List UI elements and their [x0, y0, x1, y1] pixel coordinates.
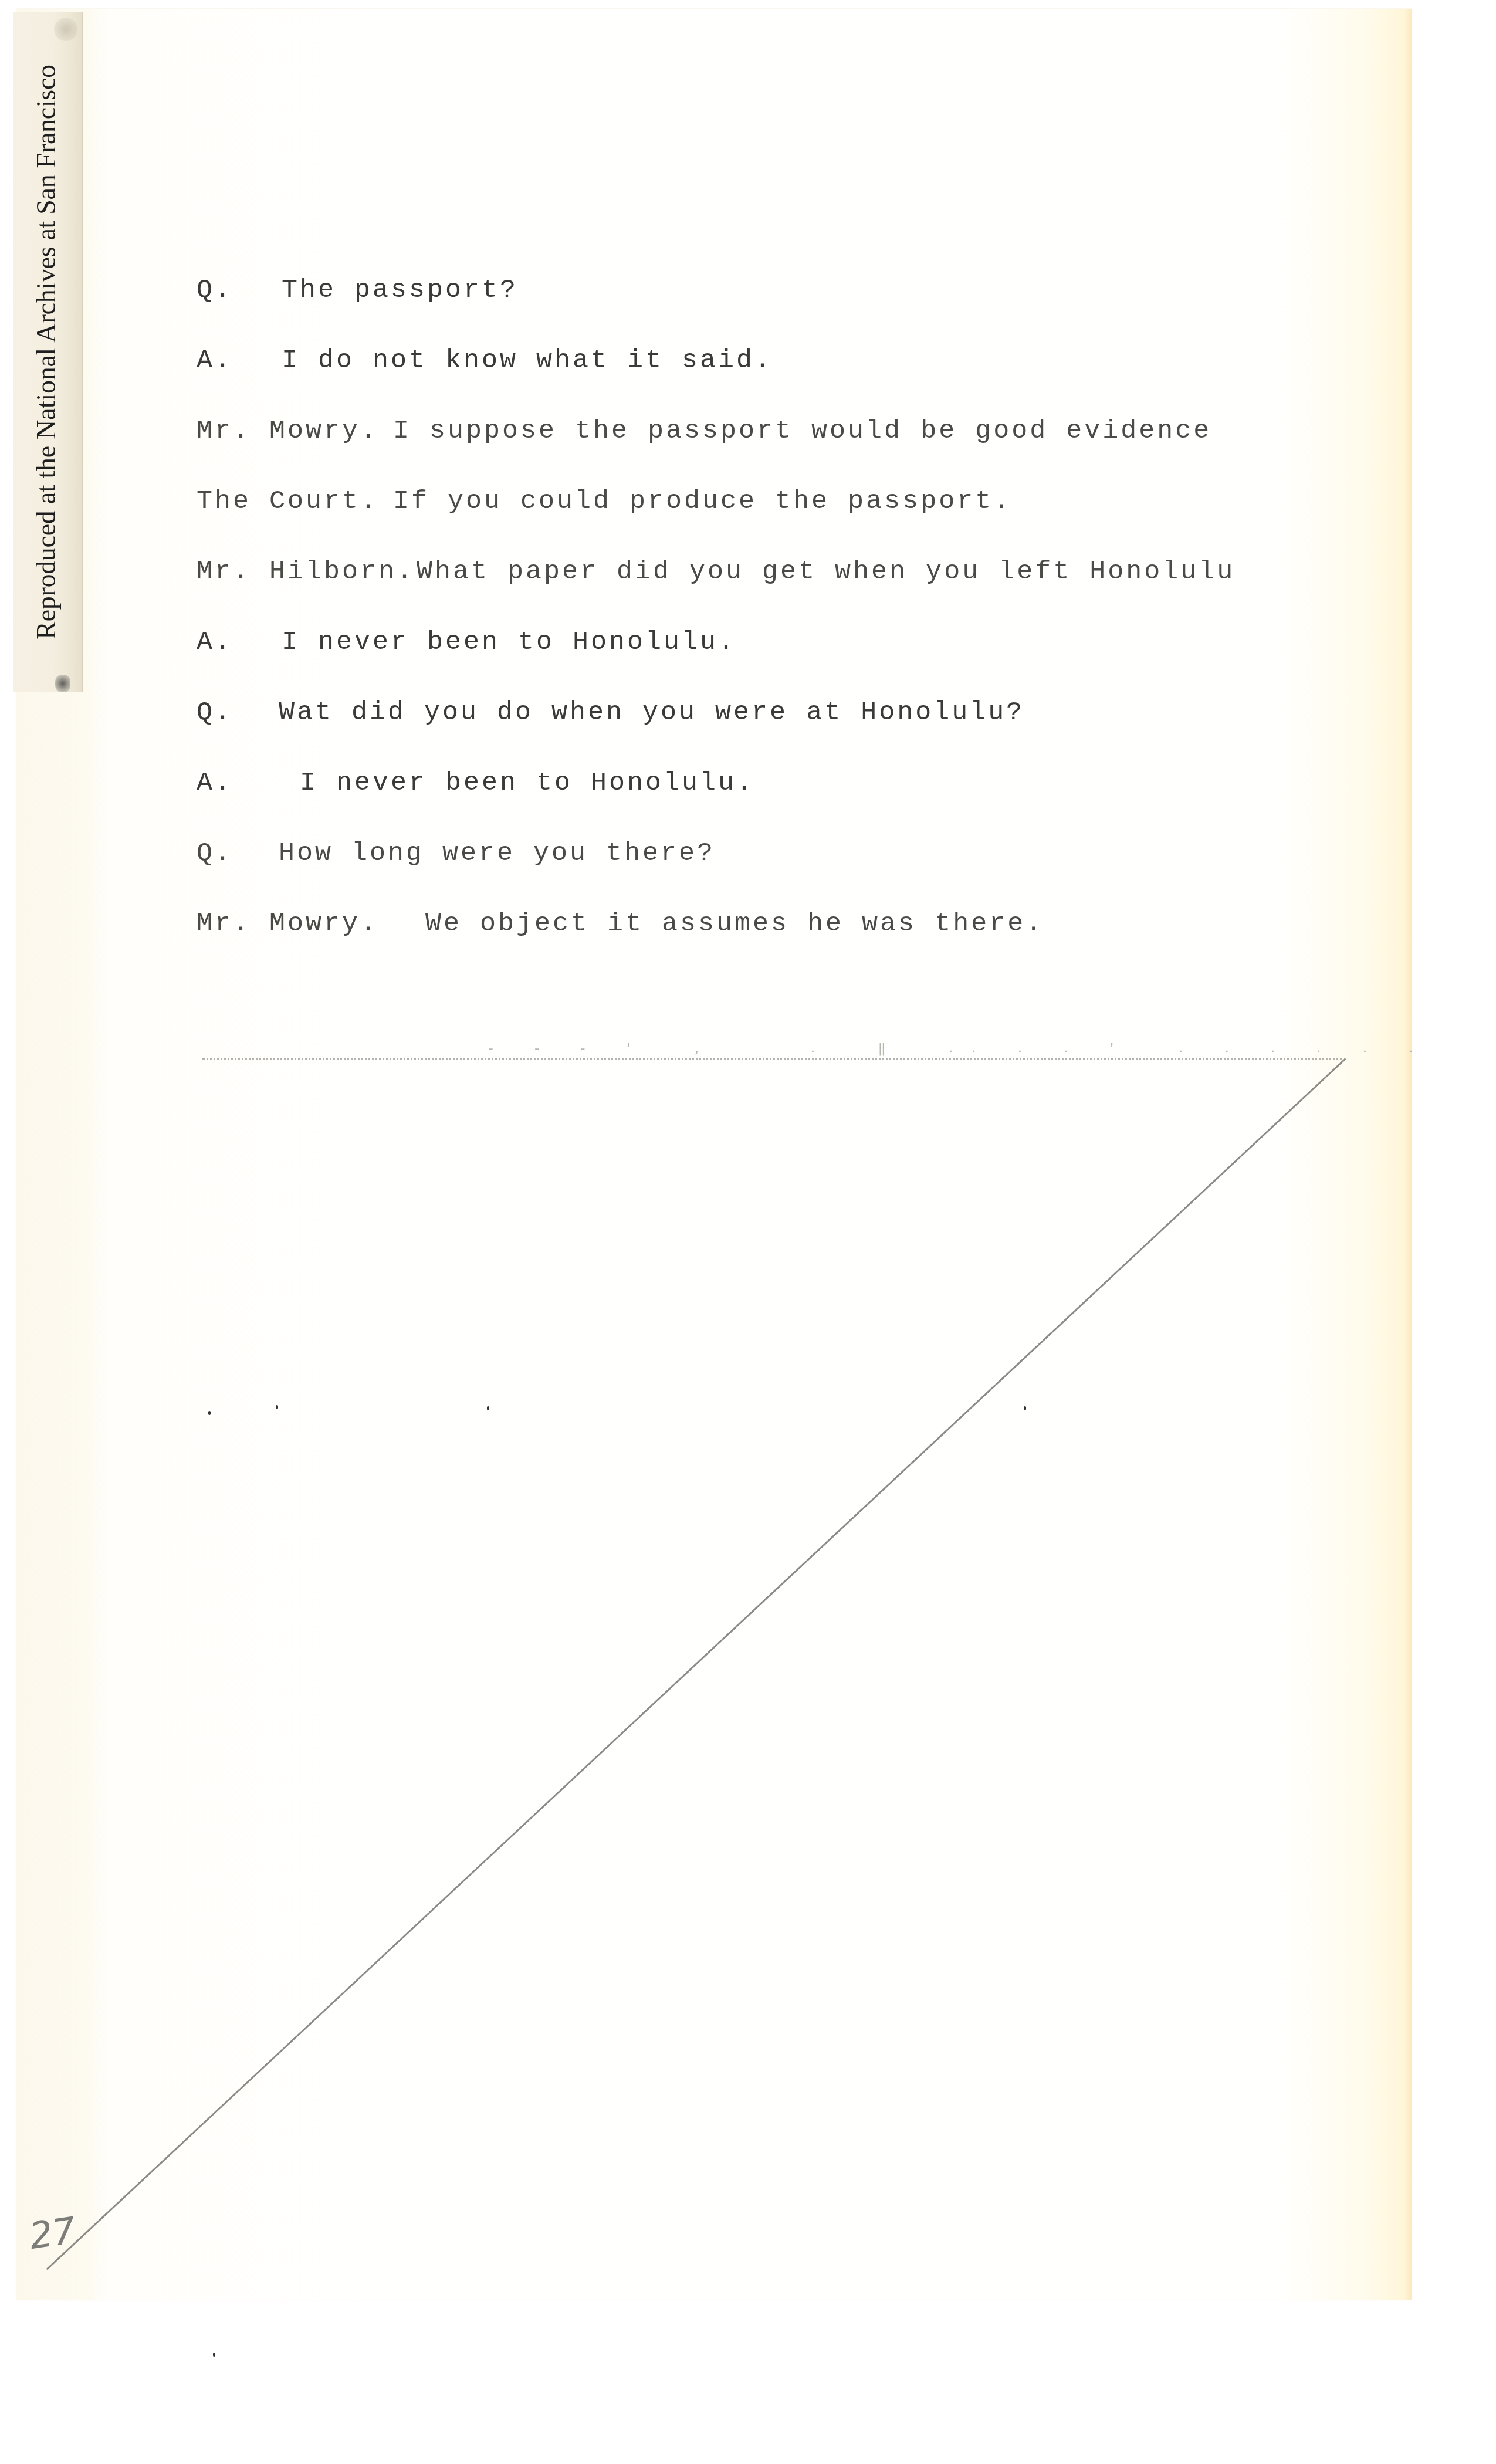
transcript-line: Mr. Mowry. We object it assumes he was t…	[197, 903, 1399, 974]
transcript-line: Q. Wat did you do when you were at Honol…	[197, 692, 1399, 763]
ink-speck	[487, 1406, 489, 1410]
smudge-mark	[54, 18, 77, 41]
end-of-testimony-rule	[202, 1058, 1346, 1060]
speaker-label: Mr. Hilborn.	[197, 551, 415, 593]
transcript-line: Mr. Hilborn. What paper did you get when…	[197, 551, 1399, 622]
ink-speck	[276, 1405, 278, 1409]
speaker-label: A.	[197, 340, 233, 381]
speaker-label: Mr. Mowry.	[197, 903, 378, 945]
speaker-label: Q.	[197, 833, 233, 874]
line-text: If you could produce the passport.	[393, 481, 1011, 522]
archive-stamp-text: Reproduced at the National Archives at S…	[31, 65, 62, 639]
ink-speck	[213, 2353, 215, 2357]
transcript-line: The Court. If you could produce the pass…	[197, 481, 1399, 551]
line-text: What paper did you get when you left Hon…	[417, 551, 1235, 593]
speaker-label: Mr. Mowry.	[197, 411, 378, 452]
line-text: I do not know what it said.	[282, 340, 773, 381]
transcript-line: Q. The passport?	[197, 270, 1399, 340]
transcript-line: A. I never been to Honolulu.	[197, 622, 1399, 692]
smudge-mark	[55, 675, 70, 692]
transcript-line: A. I never been to Honolulu.	[197, 763, 1399, 833]
transcript-body: Q. The passport? A. I do not know what i…	[197, 270, 1399, 974]
ink-speck	[1024, 1406, 1026, 1410]
handwritten-page-number: 27	[26, 2209, 78, 2257]
speaker-label: The Court.	[197, 481, 378, 522]
speaker-label: Q.	[197, 692, 233, 733]
transcript-line: Mr. Mowry. I suppose the passport would …	[197, 411, 1399, 481]
line-text: We object it assumes he was there.	[425, 903, 1044, 945]
line-text: I never been to Honolulu.	[282, 763, 754, 804]
speaker-label: A.	[197, 622, 233, 663]
ink-speck	[208, 1411, 211, 1415]
line-text: The passport?	[282, 270, 518, 311]
line-text: Wat did you do when you were at Honolulu…	[279, 692, 1024, 733]
transcript-line: A. I do not know what it said.	[197, 340, 1399, 411]
line-text: How long were you there?	[279, 833, 715, 874]
archive-stamp-strip: Reproduced at the National Archives at S…	[13, 12, 83, 692]
transcript-line: Q. How long were you there?	[197, 833, 1399, 903]
line-text: I suppose the passport would be good evi…	[393, 411, 1211, 452]
line-text: I never been to Honolulu.	[282, 622, 736, 663]
speaker-label: Q.	[197, 270, 233, 311]
speaker-label: A.	[197, 763, 233, 804]
end-rule-marks: - - - ' , . ‖ .. . . ' . . . . . .	[487, 1041, 1430, 1057]
